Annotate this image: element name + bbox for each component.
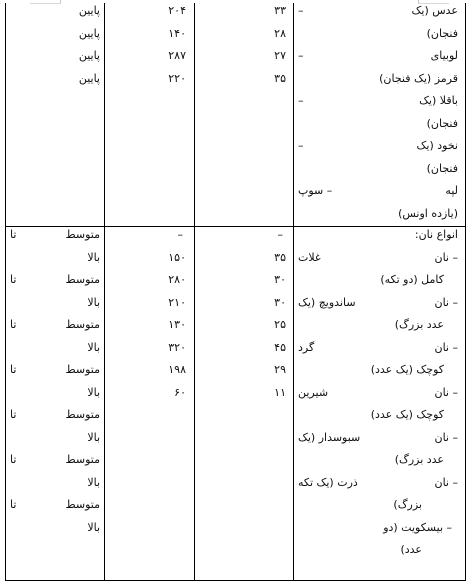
level-text: تا [10, 359, 16, 382]
breads-col-b-cell: – ۱۵۰ ۲۸۰ ۲۱۰ ۱۳۰ ۳۲۰ ۱۹۸ ۶۰ [108, 224, 186, 404]
desc-text: عدد) [400, 543, 422, 556]
desc-text: گرد [298, 337, 314, 360]
level-value: پایین [10, 68, 100, 91]
desc-text: لوبیای [431, 45, 458, 68]
value: ۲۲۰ [108, 68, 186, 91]
table-border-left [5, 3, 6, 581]
desc-text: بزرگ) [393, 498, 422, 511]
desc-text: – نان [435, 247, 459, 270]
desc-text: – نان [435, 382, 459, 405]
level-text: متوسط [65, 224, 100, 247]
level-value: پایین [10, 23, 100, 46]
column-divider-2 [194, 3, 195, 581]
desc-line: عدد بزرگ) [298, 449, 458, 472]
desc-line: فنجان) [298, 158, 458, 181]
desc-line: – نانشیرین [298, 382, 458, 405]
level-line: متوسطتا [10, 494, 100, 517]
level-text: متوسط [65, 269, 100, 292]
desc-text: کامل (دو تکه) [380, 273, 444, 286]
desc-line: (یازده اونس) [298, 203, 458, 226]
value: ۲۷ [198, 45, 286, 68]
level-value: پایین [10, 0, 100, 23]
desc-text: ساندویچ (یک [298, 292, 356, 315]
desc-line: – نانگرد [298, 337, 458, 360]
legumes-level-cell: پایین پایین پایین پایین [10, 0, 100, 90]
desc-text: – بیسکویت (دو [383, 521, 452, 534]
desc-text: سبوسدار (یک [298, 427, 360, 450]
value: ۳۳ [198, 0, 286, 23]
desc-text: باقلا (یک [419, 90, 458, 113]
breads-level-cell: متوسطتا بالا متوسطتا بالا متوسطتا بالا م… [10, 224, 100, 539]
desc-text: – نان [435, 427, 459, 450]
level-line: بالا [10, 337, 100, 360]
level-text: تا [10, 404, 16, 427]
desc-dash: – [298, 135, 305, 158]
level-text: بالا [87, 431, 100, 444]
desc-text: فنجان) [427, 162, 458, 175]
desc-line: عدد) [298, 539, 458, 562]
desc-line: – نانغلات [298, 247, 458, 270]
level-line: بالا [10, 427, 100, 450]
desc-dash: – [298, 90, 305, 113]
value: ۳۵ [198, 68, 286, 91]
level-text: متوسط [65, 359, 100, 382]
breads-col-a-cell: – ۳۵ ۳۰ ۳۰ ۲۵ ۴۵ ۲۹ ۱۱ [198, 224, 286, 404]
level-text: بالا [87, 251, 100, 264]
level-line: بالا [10, 292, 100, 315]
level-text: بالا [87, 296, 100, 309]
desc-line: – نانسبوسدار (یک [298, 427, 458, 450]
desc-text: شیرین [298, 382, 328, 405]
desc-line: – بیسکویت (دو [298, 517, 458, 540]
desc-line: لپه– سوپ [298, 180, 458, 203]
desc-line: عدد بزرگ) [298, 314, 458, 337]
desc-line: قرمز (یک فنجان) [298, 68, 458, 91]
desc-text: نخود (یک [417, 135, 458, 158]
level-text: متوسط [65, 404, 100, 427]
desc-text: (یازده اونس) [398, 207, 458, 220]
desc-text: – نان [435, 292, 459, 315]
desc-text: عدد بزرگ) [395, 453, 444, 466]
level-text: تا [10, 314, 16, 337]
level-line: بالا [10, 247, 100, 270]
value: ۲۰۴ [108, 0, 186, 23]
value: ۳۲۰ [108, 337, 186, 360]
desc-line: بزرگ) [298, 494, 458, 517]
value: ۱۱ [198, 382, 286, 405]
breads-description-cell: انواع نان: – نانغلات کامل (دو تکه) – نان… [298, 224, 458, 562]
desc-line: فنجان) [298, 23, 458, 46]
desc-text: – سوپ [298, 180, 332, 203]
desc-text: لپه [445, 180, 458, 203]
value: ۱۳۰ [108, 314, 186, 337]
desc-text: فنجان) [427, 117, 458, 130]
value: ۱۴۰ [108, 23, 186, 46]
value: – [108, 224, 186, 247]
value: ۲۹ [198, 359, 286, 382]
level-text: تا [10, 449, 16, 472]
desc-text: کوچک (یک عدد) [371, 408, 444, 421]
desc-line: لوبیای– [298, 45, 458, 68]
desc-line: – نانساندویچ (یک [298, 292, 458, 315]
level-text: متوسط [65, 494, 100, 517]
table-border-bottom [5, 580, 466, 581]
desc-text: – نان [435, 472, 459, 495]
level-text: بالا [87, 521, 100, 534]
desc-text: ذرت (یک تکه [298, 472, 358, 495]
value: ۳۰ [198, 292, 286, 315]
level-line: بالا [10, 472, 100, 495]
desc-text: کوچک (یک عدد) [371, 363, 444, 376]
legumes-col-a-cell: ۳۳ ۲۸ ۲۷ ۳۵ [198, 0, 286, 90]
value: ۲۸۷ [108, 45, 186, 68]
level-line: متوسطتا [10, 314, 100, 337]
level-text: بالا [87, 386, 100, 399]
desc-dash: – [298, 45, 305, 68]
value: – [198, 224, 286, 247]
level-value: پایین [10, 45, 100, 68]
value: ۶۰ [108, 382, 186, 405]
level-line: متوسطتا [10, 269, 100, 292]
desc-line: انواع نان: [298, 224, 458, 247]
value: ۴۵ [198, 337, 286, 360]
desc-line: کوچک (یک عدد) [298, 404, 458, 427]
value: ۳۵ [198, 247, 286, 270]
value: ۲۵ [198, 314, 286, 337]
level-line: بالا [10, 382, 100, 405]
level-text: بالا [87, 341, 100, 354]
desc-text: عدد بزرگ) [395, 318, 444, 331]
desc-text: – نان [435, 337, 459, 360]
value: ۲۸۰ [108, 269, 186, 292]
legumes-description-cell: عدس (یک– فنجان) لوبیای– قرمز (یک فنجان) … [298, 0, 458, 225]
desc-line: باقلا (یک– [298, 90, 458, 113]
value: ۱۵۰ [108, 247, 186, 270]
legumes-col-b-cell: ۲۰۴ ۱۴۰ ۲۸۷ ۲۲۰ [108, 0, 186, 90]
column-divider-3 [293, 3, 294, 581]
desc-text: قرمز (یک فنجان) [379, 72, 458, 85]
level-text: تا [10, 269, 16, 292]
value: ۳۰ [198, 269, 286, 292]
desc-line: کوچک (یک عدد) [298, 359, 458, 382]
desc-line: کامل (دو تکه) [298, 269, 458, 292]
desc-line: فنجان) [298, 113, 458, 136]
level-line: بالا [10, 517, 100, 540]
value: ۲۱۰ [108, 292, 186, 315]
level-text: متوسط [65, 449, 100, 472]
level-text: متوسط [65, 314, 100, 337]
level-text: تا [10, 224, 16, 247]
desc-line: – نانذرت (یک تکه [298, 472, 458, 495]
desc-heading: انواع نان: [415, 228, 458, 241]
value: ۲۸ [198, 23, 286, 46]
level-line: متوسطتا [10, 224, 100, 247]
level-line: متوسطتا [10, 359, 100, 382]
level-text: تا [10, 494, 16, 517]
desc-line: نخود (یک– [298, 135, 458, 158]
level-text: بالا [87, 476, 100, 489]
desc-text: عدس (یک [412, 0, 458, 23]
level-line: متوسطتا [10, 449, 100, 472]
desc-text: فنجان) [427, 27, 458, 40]
desc-line: عدس (یک– [298, 0, 458, 23]
table-border-right [465, 3, 466, 581]
level-line: متوسطتا [10, 404, 100, 427]
column-divider-1 [104, 3, 105, 581]
desc-dash: – [298, 0, 305, 23]
value: ۱۹۸ [108, 359, 186, 382]
desc-text: غلات [298, 247, 321, 270]
